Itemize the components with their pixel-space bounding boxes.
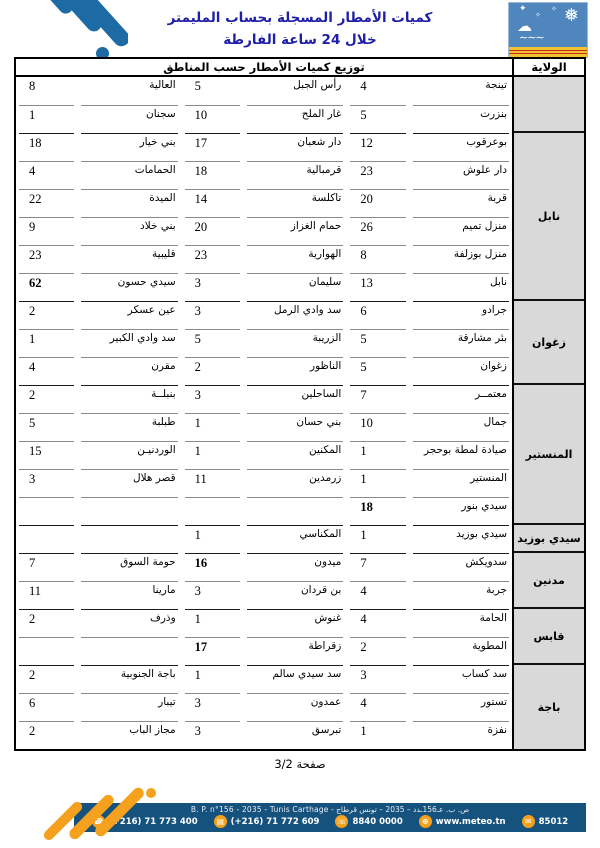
inm-diagonal-logo	[8, 0, 128, 64]
star-icon: ✧	[551, 5, 557, 13]
contact-website: ⊕ www.meteo.tn	[419, 815, 506, 828]
rain-value: 5	[350, 329, 405, 357]
inm-emblem-logo: ❅ ✦ ✧ ✧ ☁ ∼∼∼	[508, 2, 588, 58]
rain-value: 23	[350, 161, 405, 189]
region-name: بني خيار	[81, 133, 178, 161]
rain-value: 1	[19, 105, 74, 133]
rain-value: 22	[19, 189, 74, 217]
rain-value: 2	[19, 665, 74, 693]
region-name: عمدون	[247, 693, 344, 721]
region-name: سد كساب	[413, 665, 510, 693]
region-name: المكناسي	[247, 525, 344, 553]
region-name: الوردنيـن	[81, 441, 178, 469]
wilaya-cell-gabes: قابس	[514, 609, 584, 665]
rain-value: 2	[185, 357, 240, 385]
rain-value: 4	[350, 693, 405, 721]
table-row: دار علوش 23 قرمبالية 18 الحمامات 4	[16, 161, 512, 189]
region-name: جربة	[413, 581, 510, 609]
rain-value: 5	[185, 77, 240, 105]
rain-value: 3	[185, 693, 240, 721]
rain-value-max: 17	[185, 637, 240, 665]
rain-value: 18	[185, 161, 240, 189]
rain-value	[19, 637, 74, 665]
region-name: سدويكش	[413, 553, 510, 581]
rain-value: 3	[185, 301, 240, 329]
contact-sms: ✉ 85012	[522, 815, 569, 828]
region-name: قربة	[413, 189, 510, 217]
rain-value: 3	[185, 385, 240, 413]
table-row: نفزة 1 تبرسق 3 مجاز الباب 2	[16, 721, 512, 749]
region-name: المنستير	[413, 469, 510, 497]
rain-value: 6	[350, 301, 405, 329]
region-name	[81, 525, 178, 553]
region-name: بنبلــة	[81, 385, 178, 413]
region-name: مارينا	[81, 581, 178, 609]
region-name: معتمــر	[413, 385, 510, 413]
rain-value: 7	[350, 553, 405, 581]
region-name: باجة الجنوبية	[81, 665, 178, 693]
rain-value: 11	[185, 469, 240, 497]
region-name: الساحلين	[247, 385, 344, 413]
region-name: سد سيدي سالم	[247, 665, 344, 693]
rain-value: 1	[350, 441, 405, 469]
rain-value: 11	[19, 581, 74, 609]
rain-value: 18	[19, 133, 74, 161]
rain-value: 26	[350, 217, 405, 245]
rain-value: 3	[19, 469, 74, 497]
rain-value: 15	[19, 441, 74, 469]
region-name: منزل تميم	[413, 217, 510, 245]
region-name: بنزرت	[413, 105, 510, 133]
table-row: سد كساب 3 سد سيدي سالم 1 باجة الجنوبية 2	[16, 665, 512, 693]
rain-value	[19, 497, 74, 525]
rain-value: 10	[350, 413, 405, 441]
rain-value: 5	[185, 329, 240, 357]
rain-value: 1	[185, 609, 240, 637]
region-name: جرادو	[413, 301, 510, 329]
region-name: دار شعبان	[247, 133, 344, 161]
region-name: بني خلاد	[81, 217, 178, 245]
footer-diagonal-decoration	[44, 784, 174, 848]
region-name: صيادة لمطة بوحجر	[413, 441, 510, 469]
wilaya-column-header: الولاية	[514, 59, 584, 77]
sms-number: 85012	[539, 817, 569, 827]
region-name: نفزة	[413, 721, 510, 749]
rain-value: 23	[185, 245, 240, 273]
table-row: معتمــر 7 الساحلين 3 بنبلــة 2	[16, 385, 512, 413]
wilaya-cell-nabeul: نابل	[514, 133, 584, 301]
rain-value: 1	[185, 413, 240, 441]
table-row: سيدي بوزيد 1 المكناسي 1	[16, 525, 512, 553]
region-name: الحامة	[413, 609, 510, 637]
rain-value: 5	[350, 105, 405, 133]
region-name: تيبار	[81, 693, 178, 721]
wilaya-cell-zaghouan: زغوان	[514, 301, 584, 385]
rain-value: 13	[350, 273, 405, 301]
star-icon: ✧	[535, 11, 541, 19]
fax-icon: ▤	[214, 815, 227, 828]
contact-fax: ▤ (+216) 71 772 609	[214, 815, 320, 828]
rain-value: 4	[19, 161, 74, 189]
globe-icon: ⊕	[419, 815, 432, 828]
regions-area: توزيع كميات الأمطار حسب المناطق تينجة 4 …	[16, 59, 512, 749]
rain-value: 4	[19, 357, 74, 385]
region-name: تبرسق	[247, 721, 344, 749]
rain-value: 2	[19, 385, 74, 413]
rain-value: 7	[19, 553, 74, 581]
region-name: بن قردان	[247, 581, 344, 609]
region-name: طبلبة	[81, 413, 178, 441]
region-name: العالية	[81, 77, 178, 105]
region-name: ميدون	[247, 553, 344, 581]
rain-value: 1	[185, 665, 240, 693]
region-name: سيدي بوزيد	[413, 525, 510, 553]
rain-value: 3	[350, 665, 405, 693]
wilaya-cell-beja: باجة	[514, 665, 584, 749]
rain-value: 8	[19, 77, 74, 105]
table-row: صيادة لمطة بوحجر 1 المكنين 1 الوردنيـن 1…	[16, 441, 512, 469]
region-name: بني حسان	[247, 413, 344, 441]
call-center-icon: ☏	[335, 815, 348, 828]
snowflake-icon: ❅	[564, 5, 579, 26]
rain-value: 2	[19, 721, 74, 749]
region-name: الزريبة	[247, 329, 344, 357]
rain-value: 3	[185, 721, 240, 749]
region-name: سد وادي الرمل	[247, 301, 344, 329]
contact-call-center: ☏ 8840 0000	[335, 815, 402, 828]
rain-value: 20	[185, 217, 240, 245]
region-name: غار الملح	[247, 105, 344, 133]
region-name: المطوية	[413, 637, 510, 665]
rain-value: 2	[19, 609, 74, 637]
region-name: سجنان	[81, 105, 178, 133]
rain-value: 3	[185, 273, 240, 301]
fax-number: (+216) 71 772 609	[231, 817, 320, 827]
rain-value: 14	[185, 189, 240, 217]
call-center-number: 8840 0000	[352, 817, 402, 827]
region-name: زرمدين	[247, 469, 344, 497]
region-name: بئر مشارقة	[413, 329, 510, 357]
rain-value: 1	[350, 721, 405, 749]
rain-value	[185, 497, 240, 525]
table-row: جمال 10 بني حسان 1 طبلبة 5	[16, 413, 512, 441]
table-row: المطوية 2 زقراطة 17	[16, 637, 512, 665]
wilaya-cell-sidi-bouzid: سيدي بوزيد	[514, 525, 584, 553]
region-name: تستور	[413, 693, 510, 721]
region-name: زقراطة	[247, 637, 344, 665]
rainfall-table: الولاية نابل زغوان المنستير سيدي بوزيد م…	[14, 57, 586, 751]
region-name: تينجة	[413, 77, 510, 105]
region-name: غنوش	[247, 609, 344, 637]
rain-value: 4	[350, 581, 405, 609]
region-name: قرمبالية	[247, 161, 344, 189]
table-main-header: توزيع كميات الأمطار حسب المناطق	[16, 59, 512, 77]
rain-value: 8	[350, 245, 405, 273]
page-number: صفحة 3/2	[0, 757, 600, 771]
region-name: الحمامات	[81, 161, 178, 189]
title-line-2: خلال 24 ساعة الفارطة	[130, 30, 470, 52]
region-name: الناظور	[247, 357, 344, 385]
rain-value: 5	[19, 413, 74, 441]
rain-value: 6	[19, 693, 74, 721]
region-name: مجاز الباب	[81, 721, 178, 749]
star-icon: ✦	[519, 4, 527, 14]
rain-value: 23	[19, 245, 74, 273]
rain-value: 5	[350, 357, 405, 385]
region-name: الهوارية	[247, 245, 344, 273]
region-name: سليمان	[247, 273, 344, 301]
table-row: زغوان 5 الناظور 2 مقرن 4	[16, 357, 512, 385]
wilaya-column: الولاية نابل زغوان المنستير سيدي بوزيد م…	[512, 59, 584, 749]
rain-value-max: 18	[350, 497, 405, 525]
rain-value: 17	[185, 133, 240, 161]
table-row: سدويكش 7 ميدون 16 حومة السوق 7	[16, 553, 512, 581]
region-name: زغوان	[413, 357, 510, 385]
region-name: جمال	[413, 413, 510, 441]
region-name	[247, 497, 344, 525]
region-name	[81, 637, 178, 665]
region-name: تاكلسة	[247, 189, 344, 217]
rain-value: 12	[350, 133, 405, 161]
rain-value: 7	[350, 385, 405, 413]
table-row: قربة 20 تاكلسة 14 الميدة 22	[16, 189, 512, 217]
wilaya-cell-medenine: مدنين	[514, 553, 584, 609]
region-name: سد وادي الكبير	[81, 329, 178, 357]
footer-dot	[146, 788, 156, 798]
rain-value	[19, 525, 74, 553]
table-row: المنستير 1 زرمدين 11 قصر هلال 3	[16, 469, 512, 497]
table-row: منزل تميم 26 حمام الغزاز 20 بني خلاد 9	[16, 217, 512, 245]
title-line-1: كميات الأمطار المسجلة بحساب المليمتر	[130, 8, 470, 30]
sms-icon: ✉	[522, 815, 535, 828]
inm-logo-text-band	[509, 47, 587, 57]
rain-value: 1	[185, 525, 240, 553]
table-row: جربة 4 بن قردان 3 مارينا 11	[16, 581, 512, 609]
rain-value: 9	[19, 217, 74, 245]
region-name: وذرف	[81, 609, 178, 637]
rain-value: 1	[350, 525, 405, 553]
region-name: حومة السوق	[81, 553, 178, 581]
rain-value: 20	[350, 189, 405, 217]
region-name: عين عسكر	[81, 301, 178, 329]
rain-value: 1	[185, 441, 240, 469]
website-url: www.meteo.tn	[436, 817, 506, 827]
region-name: دار علوش	[413, 161, 510, 189]
table-row: منزل بوزلفة 8 الهوارية 23 قليبية 23	[16, 245, 512, 273]
table-row: سيدي بنور 18	[16, 497, 512, 525]
rain-value: 2	[350, 637, 405, 665]
wilaya-cell-bizerte-cont	[514, 77, 584, 133]
region-name: مقرن	[81, 357, 178, 385]
rain-value: 1	[350, 469, 405, 497]
region-name: منزل بوزلفة	[413, 245, 510, 273]
region-name	[81, 497, 178, 525]
table-rows: تينجة 4 رأس الجبل 5 العالية 8 بنزرت 5 غا…	[16, 77, 512, 749]
region-name: الميدة	[81, 189, 178, 217]
table-row: نابل 13 سليمان 3 سيدي حسون 62	[16, 273, 512, 301]
document-title: كميات الأمطار المسجلة بحساب المليمتر خلا…	[130, 8, 470, 51]
rain-value: 1	[19, 329, 74, 357]
rain-value-max: 62	[19, 273, 74, 301]
rain-value: 3	[185, 581, 240, 609]
table-row: جرادو 6 سد وادي الرمل 3 عين عسكر 2	[16, 301, 512, 329]
rain-value-max: 16	[185, 553, 240, 581]
wave-icon: ∼∼∼	[519, 31, 544, 44]
region-name: المكنين	[247, 441, 344, 469]
region-name: نابل	[413, 273, 510, 301]
region-name: قليبية	[81, 245, 178, 273]
rain-value: 4	[350, 609, 405, 637]
table-row: بنزرت 5 غار الملح 10 سجنان 1	[16, 105, 512, 133]
table-row: بوعرقوب 12 دار شعبان 17 بني خيار 18	[16, 133, 512, 161]
table-row: تينجة 4 رأس الجبل 5 العالية 8	[16, 77, 512, 105]
rain-value: 2	[19, 301, 74, 329]
table-row: الحامة 4 غنوش 1 وذرف 2	[16, 609, 512, 637]
region-name: سيدي بنور	[413, 497, 510, 525]
region-name: حمام الغزاز	[247, 217, 344, 245]
region-name: بوعرقوب	[413, 133, 510, 161]
table-row: بئر مشارقة 5 الزريبة 5 سد وادي الكبير 1	[16, 329, 512, 357]
table-row: تستور 4 عمدون 3 تيبار 6	[16, 693, 512, 721]
region-name: سيدي حسون	[81, 273, 178, 301]
wilaya-cell-monastir: المنستير	[514, 385, 584, 525]
region-name: قصر هلال	[81, 469, 178, 497]
rain-value: 4	[350, 77, 405, 105]
rain-value: 10	[185, 105, 240, 133]
region-name: رأس الجبل	[247, 77, 344, 105]
